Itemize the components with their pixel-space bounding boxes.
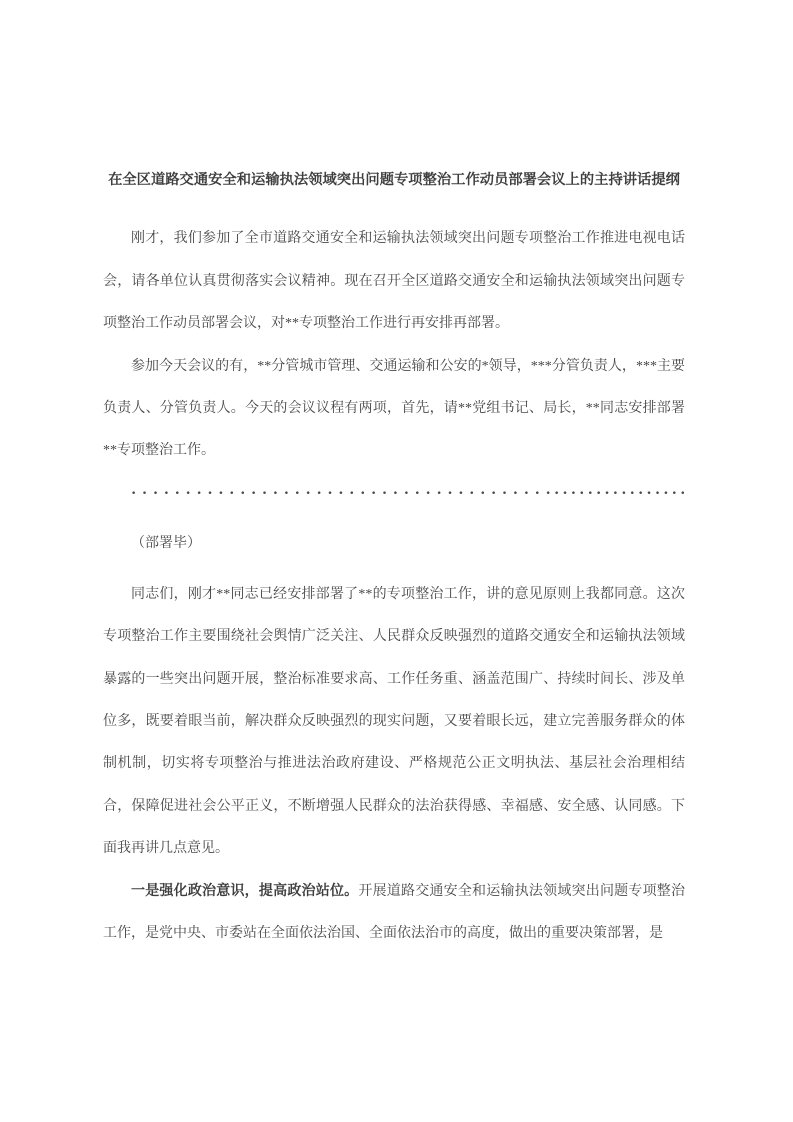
document-title: 在全区道路交通安全和运输执法领域突出问题专项整治工作动员部署会议上的主持讲话提纲 [103,159,685,201]
remarks-overview-paragraph: 同志们，刚才**同志已经安排部署了**的专项整治工作，讲的意见原则上我都同意。这… [103,574,685,871]
separator-dots-wide: •••••••••••••••••••••••••••••••••••••• [131,489,546,499]
point-one-heading: 一是强化政治意识，提高政治站位。 [131,884,358,899]
separator-dots-tight: •••••••••••••••••••••••••••••••••••• [546,489,685,499]
point-one-paragraph: 一是强化政治意识，提高政治站位。开展道路交通安全和运输执法领域突出问题专项整治工… [103,871,685,956]
stage-note: （部署毕） [103,523,685,565]
opening-paragraph: 刚才，我们参加了全市道路交通安全和运输执法领域突出问题专项整治工作推进电视电话会… [103,218,685,345]
document-page: 在全区道路交通安全和运输执法领域突出问题专项整治工作动员部署会议上的主持讲话提纲… [0,0,793,1122]
section-separator-dots: ••••••••••••••••••••••••••••••••••••••••… [103,473,685,516]
attendees-agenda-paragraph: 参加今天会议的有，**分管城市管理、交通运输和公安的*领导，***分管负责人，*… [103,346,685,473]
document-content: 在全区道路交通安全和运输执法领域突出问题专项整治工作动员部署会议上的主持讲话提纲… [103,159,685,956]
